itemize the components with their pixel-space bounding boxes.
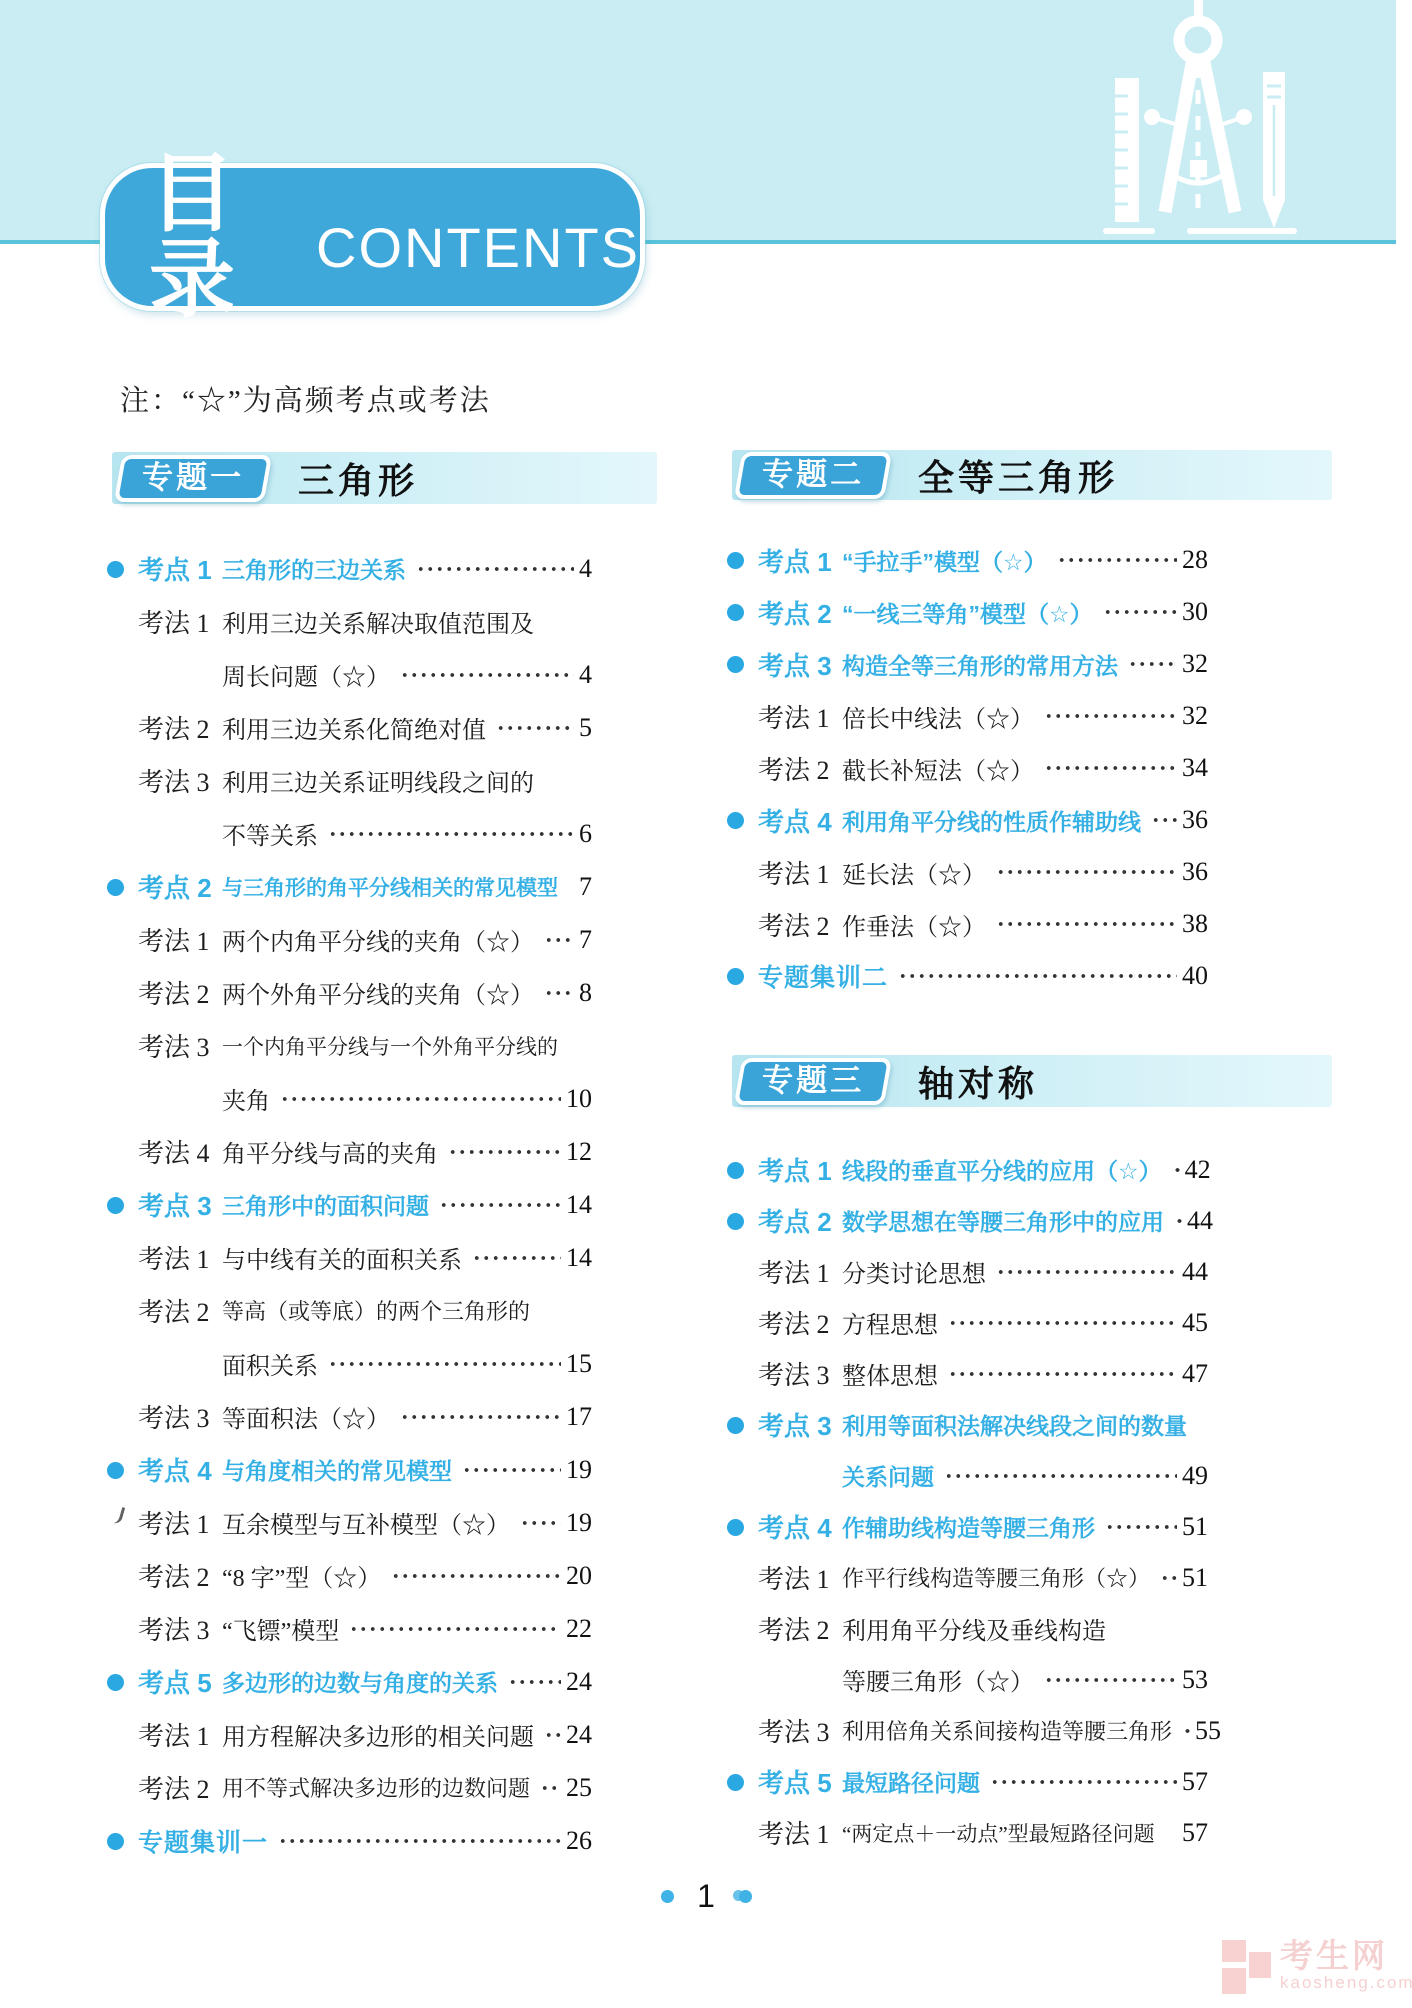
toc-title: 等面积法（☆） xyxy=(222,1399,390,1434)
bullet-icon xyxy=(727,1162,744,1179)
toc-entry: 考法 3利用倍角关系间接构造等腰三角形55 xyxy=(758,1705,1208,1756)
toc-label: 考点 3 xyxy=(758,646,842,683)
dot-leader xyxy=(994,1261,1177,1283)
toc-title: 夹角 xyxy=(222,1081,270,1116)
toc-label: 考法 2 xyxy=(758,750,842,787)
toc-entry: 考法 2作垂法（☆）38 xyxy=(758,898,1208,950)
star-note: 注：“☆”为高频考点或考法 xyxy=(120,378,491,419)
dot-leader xyxy=(538,1777,561,1799)
bullet-icon xyxy=(727,1213,744,1230)
toc-page-number: 32 xyxy=(1182,701,1208,731)
dot-leader xyxy=(542,1724,561,1746)
bullet-icon xyxy=(107,561,124,578)
toc-title: 用方程解决多边形的相关问题 xyxy=(222,1717,534,1752)
toc-page-number: 57 xyxy=(1182,1818,1208,1848)
toc-title: 三角形中的面积问题 xyxy=(222,1188,429,1221)
toc-title: 角平分线与高的夹角 xyxy=(222,1134,438,1169)
toc-entry: 考法 2利用三边关系化简绝对值5 xyxy=(138,701,592,754)
toc-label: 考点 5 xyxy=(138,1663,222,1700)
toc-title: 倍长中线法（☆） xyxy=(842,699,1034,734)
toc-title: 两个内角平分线的夹角（☆） xyxy=(222,922,534,957)
toc-page-number: 30 xyxy=(1182,597,1208,627)
toc-label: 考法 3 xyxy=(138,1610,222,1647)
toc-entry: 周长问题（☆）4 xyxy=(138,648,592,701)
dot-leader xyxy=(988,1771,1177,1793)
toc-entry: 关系问题49 xyxy=(758,1450,1208,1501)
toc-entry: 考法 1倍长中线法（☆）32 xyxy=(758,690,1208,742)
dot-leader xyxy=(1172,1210,1182,1232)
toc-label: 考法 3 xyxy=(138,1398,222,1435)
toc-label: 考法 3 xyxy=(758,1712,842,1749)
toc-title: 最短路径问题 xyxy=(842,1765,980,1798)
bullet-icon xyxy=(727,1774,744,1791)
toc-title: 利用三边关系化简绝对值 xyxy=(222,710,486,745)
dot-leader xyxy=(994,913,1177,935)
toc-title: 构造全等三角形的常用方法 xyxy=(842,648,1118,681)
toc-label: 考点 4 xyxy=(138,1451,222,1488)
toc-label: 考点 1 xyxy=(758,542,842,579)
toc-label: 考法 2 xyxy=(758,1610,842,1647)
toc-title: 面积关系 xyxy=(222,1346,318,1381)
toc-page-number: 36 xyxy=(1182,805,1208,835)
toc-entry: 考法 2方程思想45 xyxy=(758,1297,1208,1348)
dot-leader xyxy=(1103,1516,1177,1538)
toc-page-number: 4 xyxy=(579,554,592,584)
toc-title: 利用三边关系解决取值范围及 xyxy=(222,604,534,639)
toc-page-number: 45 xyxy=(1182,1308,1208,1338)
bullet-icon xyxy=(107,1833,124,1850)
toc-title: 分类讨论思想 xyxy=(842,1254,986,1289)
toc-entry: 考法 1分类讨论思想44 xyxy=(758,1246,1208,1297)
bullet-icon xyxy=(107,879,124,896)
watermark-logo-icon xyxy=(1222,1938,1272,1994)
toc-page-number: 7 xyxy=(579,872,592,902)
toc-page-number: 34 xyxy=(1182,753,1208,783)
toc-label: 考点 4 xyxy=(758,1508,842,1545)
toc-page-number: 10 xyxy=(566,1084,592,1114)
toc-page-number: 44 xyxy=(1182,1257,1208,1287)
toc-title: 与三角形的角平分线相关的常见模型 xyxy=(222,872,558,902)
toc-label: 考点 1 xyxy=(758,1151,842,1188)
toc-page-number: 32 xyxy=(1182,649,1208,679)
toc-page-number: 57 xyxy=(1182,1767,1208,1797)
dot-leader xyxy=(1170,1159,1180,1181)
dot-leader xyxy=(942,1465,1177,1487)
toc-title: 三角形的三边关系 xyxy=(222,552,406,585)
dot-leader xyxy=(1055,549,1177,571)
toc-label: 考法 2 xyxy=(138,1769,222,1806)
toc-page-number: 26 xyxy=(566,1826,592,1856)
toc-entry: 考法 1与中线有关的面积关系14 xyxy=(138,1231,592,1284)
toc-page-number: 28 xyxy=(1182,545,1208,575)
toc-label: 考法 3 xyxy=(138,762,222,799)
toc-title: 利用角平分线的性质作辅助线 xyxy=(842,804,1141,837)
dot-leader xyxy=(1126,653,1177,675)
footer-page-number: 1 xyxy=(676,1878,736,1915)
toc-page-number: 51 xyxy=(1182,1563,1208,1593)
toc-title: 等高（或等底）的两个三角形的 xyxy=(222,1295,530,1326)
toc-title: 作垂法（☆） xyxy=(842,907,986,942)
toc-page-number: 24 xyxy=(566,1667,592,1697)
bullet-icon xyxy=(727,552,744,569)
footer-dot-right xyxy=(739,1890,752,1903)
dot-leader xyxy=(389,1565,561,1587)
toc-page-number: 51 xyxy=(1182,1512,1208,1542)
toc-label: 考点 3 xyxy=(138,1186,222,1223)
toc-label: 考法 1 xyxy=(758,1559,842,1596)
toc-title: 延长法（☆） xyxy=(842,855,986,890)
toc-page-number: 19 xyxy=(566,1455,592,1485)
toc-entry: 考点 5多边形的边数与角度的关系24 xyxy=(138,1655,592,1708)
toc-title: 周长问题（☆） xyxy=(222,657,390,692)
toc-label: 考法 1 xyxy=(758,1814,842,1851)
toc-page-number: 44 xyxy=(1187,1206,1213,1236)
dot-leader xyxy=(470,1247,561,1269)
toc-entry: 考点 4与角度相关的常见模型19 xyxy=(138,1443,592,1496)
dot-leader xyxy=(326,1353,561,1375)
dot-leader xyxy=(446,1141,561,1163)
bullet-icon xyxy=(107,1462,124,1479)
section-strip-2: 专题二 全等三角形 xyxy=(732,450,1332,500)
toc-page-number: 20 xyxy=(566,1561,592,1591)
geometry-tools-illustration xyxy=(1095,0,1310,238)
toc-entry: 考法 1利用三边关系解决取值范围及 xyxy=(138,595,592,648)
bullet-icon xyxy=(107,1197,124,1214)
toc-title: 利用三边关系证明线段之间的 xyxy=(222,763,534,798)
dot-leader xyxy=(506,1671,561,1693)
dot-leader xyxy=(946,1312,1177,1334)
toc-entry: 考法 2等高（或等底）的两个三角形的 xyxy=(138,1284,592,1337)
section-strip-1: 专题一 三角形 xyxy=(112,452,657,504)
dot-leader xyxy=(398,1406,561,1428)
toc-label: 考点 2 xyxy=(758,594,842,631)
dot-leader xyxy=(1042,705,1177,727)
dot-leader xyxy=(1180,1720,1190,1742)
toc-entry: 考法 1作平行线构造等腰三角形（☆）51 xyxy=(758,1552,1208,1603)
toc-page-number: 8 xyxy=(579,978,592,1008)
toc-entry: 考法 3整体思想47 xyxy=(758,1348,1208,1399)
toc-label: 考点 2 xyxy=(138,868,222,905)
toc-entry: 面积关系15 xyxy=(138,1337,592,1390)
toc-entry: 考法 2两个外角平分线的夹角（☆）8 xyxy=(138,966,592,1019)
toc-page-number: 36 xyxy=(1182,857,1208,887)
toc-entry: 考法 2用不等式解决多边形的边数问题25 xyxy=(138,1761,592,1814)
section-title-3: 轴对称 xyxy=(918,1056,1038,1107)
toc-page-number: 17 xyxy=(566,1402,592,1432)
toc-entry: 考点 1线段的垂直平分线的应用（☆）42 xyxy=(758,1144,1208,1195)
toc-title: 数学思想在等腰三角形中的应用 xyxy=(842,1204,1164,1237)
toc-label: 考点 5 xyxy=(758,1763,842,1800)
contents-title-en: CONTENTS xyxy=(316,220,640,276)
toc-entry: 考点 1三角形的三边关系4 xyxy=(138,542,592,595)
dot-leader xyxy=(278,1088,561,1110)
dot-leader xyxy=(896,965,1177,987)
toc-title: “8 字”型（☆） xyxy=(222,1558,381,1593)
toc-page-number: 40 xyxy=(1182,961,1208,991)
toc-page-number: 38 xyxy=(1182,909,1208,939)
toc-label: 考点 1 xyxy=(138,550,222,587)
toc-entry: 考点 3利用等面积法解决线段之间的数量 xyxy=(758,1399,1208,1450)
toc-entry: 考点 1“手拉手”模型（☆）28 xyxy=(758,534,1208,586)
toc-label: 考法 2 xyxy=(758,906,842,943)
toc-title: 等腰三角形（☆） xyxy=(842,1662,1034,1697)
toc-entry: 考点 4作辅助线构造等腰三角形51 xyxy=(758,1501,1208,1552)
toc-page-number: 53 xyxy=(1182,1665,1208,1695)
toc-entry: 考法 1互余模型与互补模型（☆）19 xyxy=(138,1496,592,1549)
toc-entry: 考点 2与三角形的角平分线相关的常见模型7 xyxy=(138,860,592,913)
toc-title: 线段的垂直平分线的应用（☆） xyxy=(842,1153,1162,1186)
toc-page-number: 42 xyxy=(1185,1155,1211,1185)
dot-leader xyxy=(326,823,574,845)
toc-title: 互余模型与互补模型（☆） xyxy=(222,1505,510,1540)
dot-leader xyxy=(946,1363,1177,1385)
watermark-site-name: 考生网 xyxy=(1280,1938,1412,1974)
dot-leader xyxy=(542,982,574,1004)
toc-page-number: 22 xyxy=(566,1614,592,1644)
toc-label: 考法 1 xyxy=(138,1716,222,1753)
toc-label: 考法 1 xyxy=(138,1504,222,1541)
toc-title: “一线三等角”模型（☆） xyxy=(842,596,1093,629)
toc-title: 一个内角平分线与一个外角平分线的 xyxy=(222,1031,558,1061)
dot-leader xyxy=(414,558,574,580)
toc-entry: 专题集训一26 xyxy=(138,1814,592,1867)
bullet-icon xyxy=(727,968,744,985)
toc-label: 考法 2 xyxy=(138,974,222,1011)
toc-page-number: 4 xyxy=(579,660,592,690)
dot-leader xyxy=(276,1830,561,1852)
toc-entry: 考点 2“一线三等角”模型（☆）30 xyxy=(758,586,1208,638)
pen-mark xyxy=(110,1505,126,1525)
watermark-site-url: kaosheng.com xyxy=(1280,1974,1412,1993)
toc-entry: 考法 1用方程解决多边形的相关问题24 xyxy=(138,1708,592,1761)
bullet-icon xyxy=(727,1417,744,1434)
toc-entry: 夹角10 xyxy=(138,1072,592,1125)
toc-page-number: 15 xyxy=(566,1349,592,1379)
toc-label: 考法 1 xyxy=(138,921,222,958)
toc-page-number: 12 xyxy=(566,1137,592,1167)
toc-title: “飞镖”模型 xyxy=(222,1611,339,1646)
toc-page-number: 6 xyxy=(579,819,592,849)
toc-page-number: 19 xyxy=(566,1508,592,1538)
toc-entry: 考法 2截长补短法（☆）34 xyxy=(758,742,1208,794)
toc-page-number: 49 xyxy=(1182,1461,1208,1491)
toc-title: 用不等式解决多边形的边数问题 xyxy=(222,1772,530,1803)
toc-title: 多边形的边数与角度的关系 xyxy=(222,1665,498,1698)
toc-label: 考点 3 xyxy=(758,1406,842,1443)
toc-entry: 考法 1两个内角平分线的夹角（☆）7 xyxy=(138,913,592,966)
dot-leader xyxy=(460,1459,561,1481)
dot-leader xyxy=(494,717,574,739)
toc-label: 考法 1 xyxy=(138,1239,222,1276)
section-badge-3: 专题三 xyxy=(734,1058,892,1105)
toc-label: 考法 2 xyxy=(138,1292,222,1329)
section-badge-1-label: 专题一 xyxy=(142,462,244,493)
toc-title: 方程思想 xyxy=(842,1305,938,1340)
dot-leader xyxy=(994,861,1177,883)
dot-leader xyxy=(347,1618,561,1640)
section-badge-2-label: 专题二 xyxy=(762,459,864,490)
toc-entry: 考点 2数学思想在等腰三角形中的应用44 xyxy=(758,1195,1208,1246)
section-title-1: 三角形 xyxy=(298,453,418,504)
toc-page-number: 47 xyxy=(1182,1359,1208,1389)
bullet-icon xyxy=(107,1674,124,1691)
toc-entry: 考点 3三角形中的面积问题14 xyxy=(138,1178,592,1231)
toc-entry: 考法 4角平分线与高的夹角12 xyxy=(138,1125,592,1178)
toc-column-right-2: 考点 1线段的垂直平分线的应用（☆）42考点 2数学思想在等腰三角形中的应用44… xyxy=(758,1144,1208,1858)
footer-dot-left xyxy=(661,1890,674,1903)
contents-header: 目 录 CONTENTS xyxy=(100,163,645,311)
toc-title: 作辅助线构造等腰三角形 xyxy=(842,1510,1095,1543)
toc-entry: 专题集训二40 xyxy=(758,950,1208,1002)
toc-entry: 考点 5最短路径问题57 xyxy=(758,1756,1208,1807)
dot-leader xyxy=(1149,809,1177,831)
toc-page-number: 25 xyxy=(566,1773,592,1803)
toc-label: 考法 1 xyxy=(138,603,222,640)
toc-entry: 考法 3“飞镖”模型22 xyxy=(138,1602,592,1655)
toc-title: 专题集训一 xyxy=(138,1823,268,1859)
toc-entry: 等腰三角形（☆）53 xyxy=(758,1654,1208,1705)
dot-leader xyxy=(398,664,574,686)
dot-leader xyxy=(1042,1669,1177,1691)
toc-entry: 考点 3构造全等三角形的常用方法32 xyxy=(758,638,1208,690)
dot-leader xyxy=(1101,601,1177,623)
toc-label: 考法 2 xyxy=(138,1557,222,1594)
toc-page-number: 24 xyxy=(566,1720,592,1750)
bullet-icon xyxy=(727,656,744,673)
dot-leader xyxy=(1158,1567,1177,1589)
toc-page-number: 7 xyxy=(579,925,592,955)
toc-label: 考法 4 xyxy=(138,1133,222,1170)
section-strip-3: 专题三 轴对称 xyxy=(732,1055,1332,1107)
toc-entry: 考法 3一个内角平分线与一个外角平分线的 xyxy=(138,1019,592,1072)
section-badge-1: 专题一 xyxy=(114,455,272,502)
contents-title-cn: 目 录 xyxy=(149,151,290,323)
toc-title: 截长补短法（☆） xyxy=(842,751,1034,786)
dot-leader xyxy=(542,929,574,951)
toc-column-right-1: 考点 1“手拉手”模型（☆）28考点 2“一线三等角”模型（☆）30考点 3构造… xyxy=(758,534,1208,1002)
toc-title: 与角度相关的常见模型 xyxy=(222,1453,452,1486)
toc-title: 不等关系 xyxy=(222,816,318,851)
toc-label: 考点 4 xyxy=(758,802,842,839)
toc-entry: 不等关系6 xyxy=(138,807,592,860)
toc-label: 考点 2 xyxy=(758,1202,842,1239)
toc-entry: 考法 2“8 字”型（☆）20 xyxy=(138,1549,592,1602)
toc-title: “手拉手”模型（☆） xyxy=(842,544,1047,577)
section-title-2: 全等三角形 xyxy=(918,450,1118,501)
toc-entry: 考法 3等面积法（☆）17 xyxy=(138,1390,592,1443)
toc-column-left: 考点 1三角形的三边关系4考法 1利用三边关系解决取值范围及周长问题（☆）4考法… xyxy=(138,542,592,1867)
toc-title: 作平行线构造等腰三角形（☆） xyxy=(842,1562,1150,1593)
bullet-icon xyxy=(727,1519,744,1536)
toc-entry: 考法 1“两定点＋一动点”型最短路径问题57 xyxy=(758,1807,1208,1858)
toc-entry: 考法 1延长法（☆）36 xyxy=(758,846,1208,898)
toc-title: 利用倍角关系间接构造等腰三角形 xyxy=(842,1715,1172,1746)
toc-title: 利用角平分线及垂线构造 xyxy=(842,1611,1106,1646)
dot-leader xyxy=(437,1194,561,1216)
toc-page-number: 14 xyxy=(566,1243,592,1273)
bullet-icon xyxy=(727,604,744,621)
toc-label: 考法 1 xyxy=(758,854,842,891)
toc-label: 考法 2 xyxy=(758,1304,842,1341)
toc-title: “两定点＋一动点”型最短路径问题 xyxy=(842,1818,1155,1848)
toc-title: 专题集训二 xyxy=(758,958,888,994)
bullet-icon xyxy=(727,812,744,829)
toc-entry: 考法 3利用三边关系证明线段之间的 xyxy=(138,754,592,807)
toc-label: 考法 1 xyxy=(758,698,842,735)
toc-label: 考法 3 xyxy=(758,1355,842,1392)
toc-entry: 考点 4利用角平分线的性质作辅助线36 xyxy=(758,794,1208,846)
toc-entry: 考法 2利用角平分线及垂线构造 xyxy=(758,1603,1208,1654)
toc-title: 与中线有关的面积关系 xyxy=(222,1240,462,1275)
toc-title: 关系问题 xyxy=(842,1459,934,1492)
toc-title: 两个外角平分线的夹角（☆） xyxy=(222,975,534,1010)
toc-page-number: 14 xyxy=(566,1190,592,1220)
toc-title: 利用等面积法解决线段之间的数量 xyxy=(842,1408,1187,1441)
dot-leader xyxy=(1042,757,1177,779)
toc-label: 考法 3 xyxy=(138,1027,222,1064)
toc-title: 整体思想 xyxy=(842,1356,938,1391)
toc-label: 考法 1 xyxy=(758,1253,842,1290)
toc-page-number: 5 xyxy=(579,713,592,743)
toc-label: 考法 2 xyxy=(138,709,222,746)
section-badge-2: 专题二 xyxy=(734,452,892,499)
toc-page-number: 55 xyxy=(1195,1716,1221,1746)
watermark: 考生网 kaosheng.com xyxy=(1222,1938,1412,1994)
dot-leader xyxy=(518,1512,561,1534)
section-badge-3-label: 专题三 xyxy=(762,1065,864,1096)
